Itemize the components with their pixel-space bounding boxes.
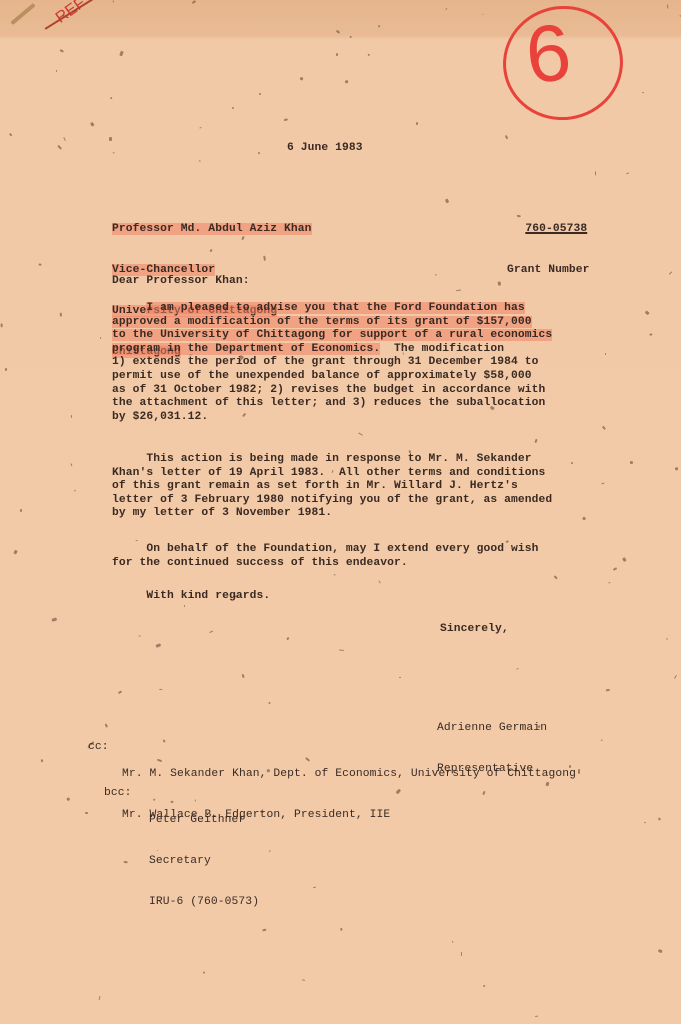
closing-regards: With kind regards.	[112, 590, 270, 604]
bcc-list: Peter Geithner Secretary IRU-6 (760-0573…	[149, 787, 259, 923]
paragraph-line: On behalf of the Foundation, may I exten…	[112, 543, 539, 557]
paragraph-line: by $26,031.12.	[112, 411, 552, 425]
paragraph-response: This action is being made in response to…	[112, 453, 552, 521]
paragraph-line: of this grant remain as set forth in Mr.…	[112, 480, 552, 494]
page-marker-number: 6	[522, 12, 575, 96]
paragraph-line: by my letter of 3 November 1981.	[112, 507, 552, 521]
paragraph-line: permit use of the unexpended balance of …	[112, 370, 552, 384]
recipient-name: Professor Md. Abdul Aziz Khan	[112, 223, 312, 235]
bcc-recipient-title: Secretary	[149, 855, 259, 869]
paragraph-line: as of 31 October 1982; 2) revises the bu…	[112, 384, 552, 398]
bcc-label: bcc:	[104, 787, 132, 801]
paragraph-line: I am pleased to advise you that the Ford…	[112, 302, 552, 316]
paragraph-line: This action is being made in response to…	[112, 453, 552, 467]
paragraph-line: approved a modification of the terms of …	[112, 316, 552, 330]
paragraph-line: 1) extends the period of the grant throu…	[112, 356, 552, 370]
grant-number-label: Grant Number	[507, 264, 590, 276]
paragraph-line: the attachment of this letter; and 3) re…	[112, 397, 552, 411]
paragraph-modification: I am pleased to advise you that the Ford…	[112, 302, 552, 424]
paragraph-line: letter of 3 February 1980 notifying you …	[112, 494, 552, 508]
salutation: Dear Professor Khan:	[112, 275, 250, 289]
cc-label: cc:	[88, 741, 109, 755]
sign-off: Sincerely,	[440, 623, 509, 637]
letter-date: 6 June 1983	[287, 142, 363, 156]
signatory-name: Adrienne Germain	[437, 722, 547, 736]
paragraph-line: Khan's letter of 19 April 1983. All othe…	[112, 467, 552, 481]
paragraph-line: program in the Department of Economics. …	[112, 343, 552, 357]
cc-recipient: Mr. M. Sekander Khan, Dept. of Economics…	[122, 768, 576, 782]
paragraph-good-wishes: On behalf of the Foundation, may I exten…	[112, 543, 539, 570]
grant-block: 760-05738 Grant Number	[507, 196, 590, 291]
paragraph-line: to the University of Chittagong for supp…	[112, 329, 552, 343]
paragraph-line: for the continued success of this endeav…	[112, 557, 539, 571]
grant-number: 760-05738	[525, 223, 587, 235]
bcc-recipient: Peter Geithner	[149, 814, 259, 828]
bcc-file-reference: IRU-6 (760-0573)	[149, 896, 259, 910]
